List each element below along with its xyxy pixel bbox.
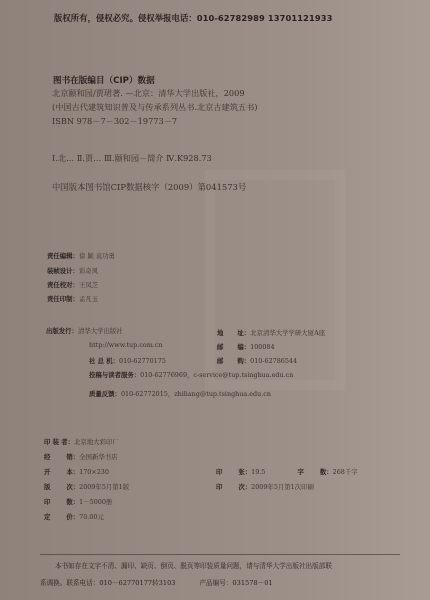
footer-divider	[40, 554, 400, 555]
copyright-notice: 版权所有，侵权必究。侵权举报电话：010-62782989 1370112193…	[54, 12, 333, 24]
publisher-row: 出版发行：清华大学出版社	[46, 326, 123, 335]
quality-notice-line1: 本书如存在文字不清、漏印、缺页、倒页、脱页等印装质量问题，请与清华大学出版社出版…	[55, 560, 332, 570]
postcode-row: 邮编：100084	[217, 342, 275, 351]
cip-classification: Ⅰ.北… Ⅱ.贾… Ⅲ.颐和园－简介 Ⅳ.K928.73	[52, 153, 212, 164]
switchboard-row: 社 总 机：010-62770175	[89, 356, 166, 365]
format-value: 170×230	[79, 468, 109, 476]
staff-value: 徐 颖 袁功勇	[79, 252, 115, 260]
staff-label: 责任印制：	[47, 295, 79, 303]
reader-service-label: 投稿与读者服务：	[89, 371, 140, 379]
mail-order-row: 邮购：010-62786544	[217, 356, 297, 365]
cip-title: 图书在版编目（CIP）数据	[53, 74, 155, 86]
printer-row: 印 装 者：北京地大彩印厂	[44, 437, 119, 446]
switchboard-number: 010-62770175	[119, 357, 166, 365]
postcode-label-a: 邮	[217, 343, 223, 351]
staff-proofreader: 责任校对：王凤芝	[47, 280, 98, 289]
edition-row: 版次：2009年5月第1版	[44, 482, 129, 491]
impression-label-a: 印	[216, 483, 222, 491]
address-value: 北京清华大学学研大厦A座	[250, 329, 325, 337]
format-label-a: 开	[44, 468, 50, 476]
distributor-value: 全国新华书店	[79, 453, 117, 461]
price-label-a: 定	[44, 513, 50, 521]
staff-value: 孟凡玉	[79, 295, 98, 303]
copies-label-a: 印	[44, 498, 50, 506]
quality-feedback-value: 010-62772015，zhiliang@tup.tsinghua.edu.c…	[121, 390, 271, 398]
staff-printing: 责任印制：孟凡玉	[47, 294, 98, 303]
reader-service-row: 投稿与读者服务：010-62776969，c-service@tup.tsing…	[89, 370, 293, 379]
impression-value: 2009年5月第1次印刷	[251, 483, 314, 491]
address-label-a: 地	[217, 329, 223, 337]
words-label-a: 字	[297, 468, 303, 476]
copies-value: 1－5000册	[79, 498, 112, 506]
impression-row: 印次：2009年5月第1次印刷	[216, 482, 314, 491]
price-label-b: 价：	[66, 513, 79, 521]
staff-editor: 责任编辑：徐 颖 袁功勇	[47, 251, 115, 260]
quality-feedback-row: 质量反馈：010-62772015，zhiliang@tup.tsinghua.…	[89, 389, 271, 398]
format-label-b: 本：	[66, 468, 79, 476]
contact-phone: 系调换。联系电话：010－62770177转3103	[40, 579, 175, 587]
address-label-b: 址：	[237, 329, 250, 337]
publisher-label: 出版发行：	[46, 327, 78, 335]
distributor-label-b: 销：	[66, 453, 79, 461]
publisher-name: 清华大学出版社	[78, 327, 123, 335]
staff-value: 王凤芝	[79, 281, 98, 289]
quality-notice-line2: 系调换。联系电话：010－62770177转3103产品编号：031578－01	[40, 577, 273, 587]
cip-line-series: (中国古代建筑知识普及与传承系列丛书.北京古建筑五书)	[52, 102, 258, 113]
staff-label: 责任编辑：	[47, 252, 79, 260]
cip-line-author: 北京颐和园/贾珺著. —北京：清华大学出版社，2009	[52, 88, 245, 99]
sheets-label-a: 印	[216, 468, 222, 476]
staff-label: 责任校对：	[47, 281, 79, 289]
edition-label-b: 次：	[66, 483, 79, 491]
address-row: 地址：北京清华大学学研大厦A座	[217, 328, 325, 337]
printer-value: 北京地大彩印厂	[74, 438, 119, 446]
copies-row: 印数：1－5000册	[44, 497, 112, 506]
format-row: 开本：170×230	[44, 467, 109, 476]
sheets-words-row: 印张：19.5 字数：268千字	[216, 467, 358, 476]
staff-value: 彩奇风	[79, 267, 98, 275]
copies-label-b: 数：	[66, 498, 79, 506]
cip-number: 中国版本图书馆CIP数据核字（2009）第041573号	[52, 181, 246, 193]
edition-value: 2009年5月第1版	[79, 483, 129, 491]
switchboard-label: 社 总 机：	[89, 357, 119, 365]
price-row: 定价：70.00元	[44, 512, 104, 521]
distributor-label-a: 经	[44, 453, 50, 461]
quality-feedback-label: 质量反馈：	[89, 390, 121, 398]
reader-service-value: 010-62776969，c-service@tup.tsinghua.edu.…	[140, 371, 293, 379]
cip-line-isbn: ISBN 978－7－302－19773－7	[52, 116, 177, 127]
edition-label-a: 版	[44, 483, 50, 491]
product-code: 产品编号：031578－01	[199, 579, 272, 587]
printer-label: 印 装 者：	[44, 438, 74, 446]
mail-label-a: 邮	[217, 357, 223, 365]
publisher-url[interactable]: http://www.tup.com.cn	[89, 341, 163, 349]
mail-order-value: 010-62786544	[250, 357, 297, 365]
staff-designer: 装帧设计：彩奇风	[47, 266, 98, 275]
impression-label-b: 次：	[238, 483, 251, 491]
price-value: 70.00元	[79, 513, 104, 521]
sheets-label-b: 张：	[238, 468, 251, 476]
distributor-row: 经销：全国新华书店	[44, 452, 118, 461]
sheets-value: 19.5	[251, 468, 265, 476]
staff-label: 装帧设计：	[47, 267, 79, 275]
mail-label-b: 购：	[237, 357, 250, 365]
words-value: 268千字	[333, 468, 358, 476]
words-label-b: 数：	[320, 468, 333, 476]
postcode-label-b: 编：	[237, 343, 250, 351]
postcode-value: 100084	[250, 343, 274, 351]
